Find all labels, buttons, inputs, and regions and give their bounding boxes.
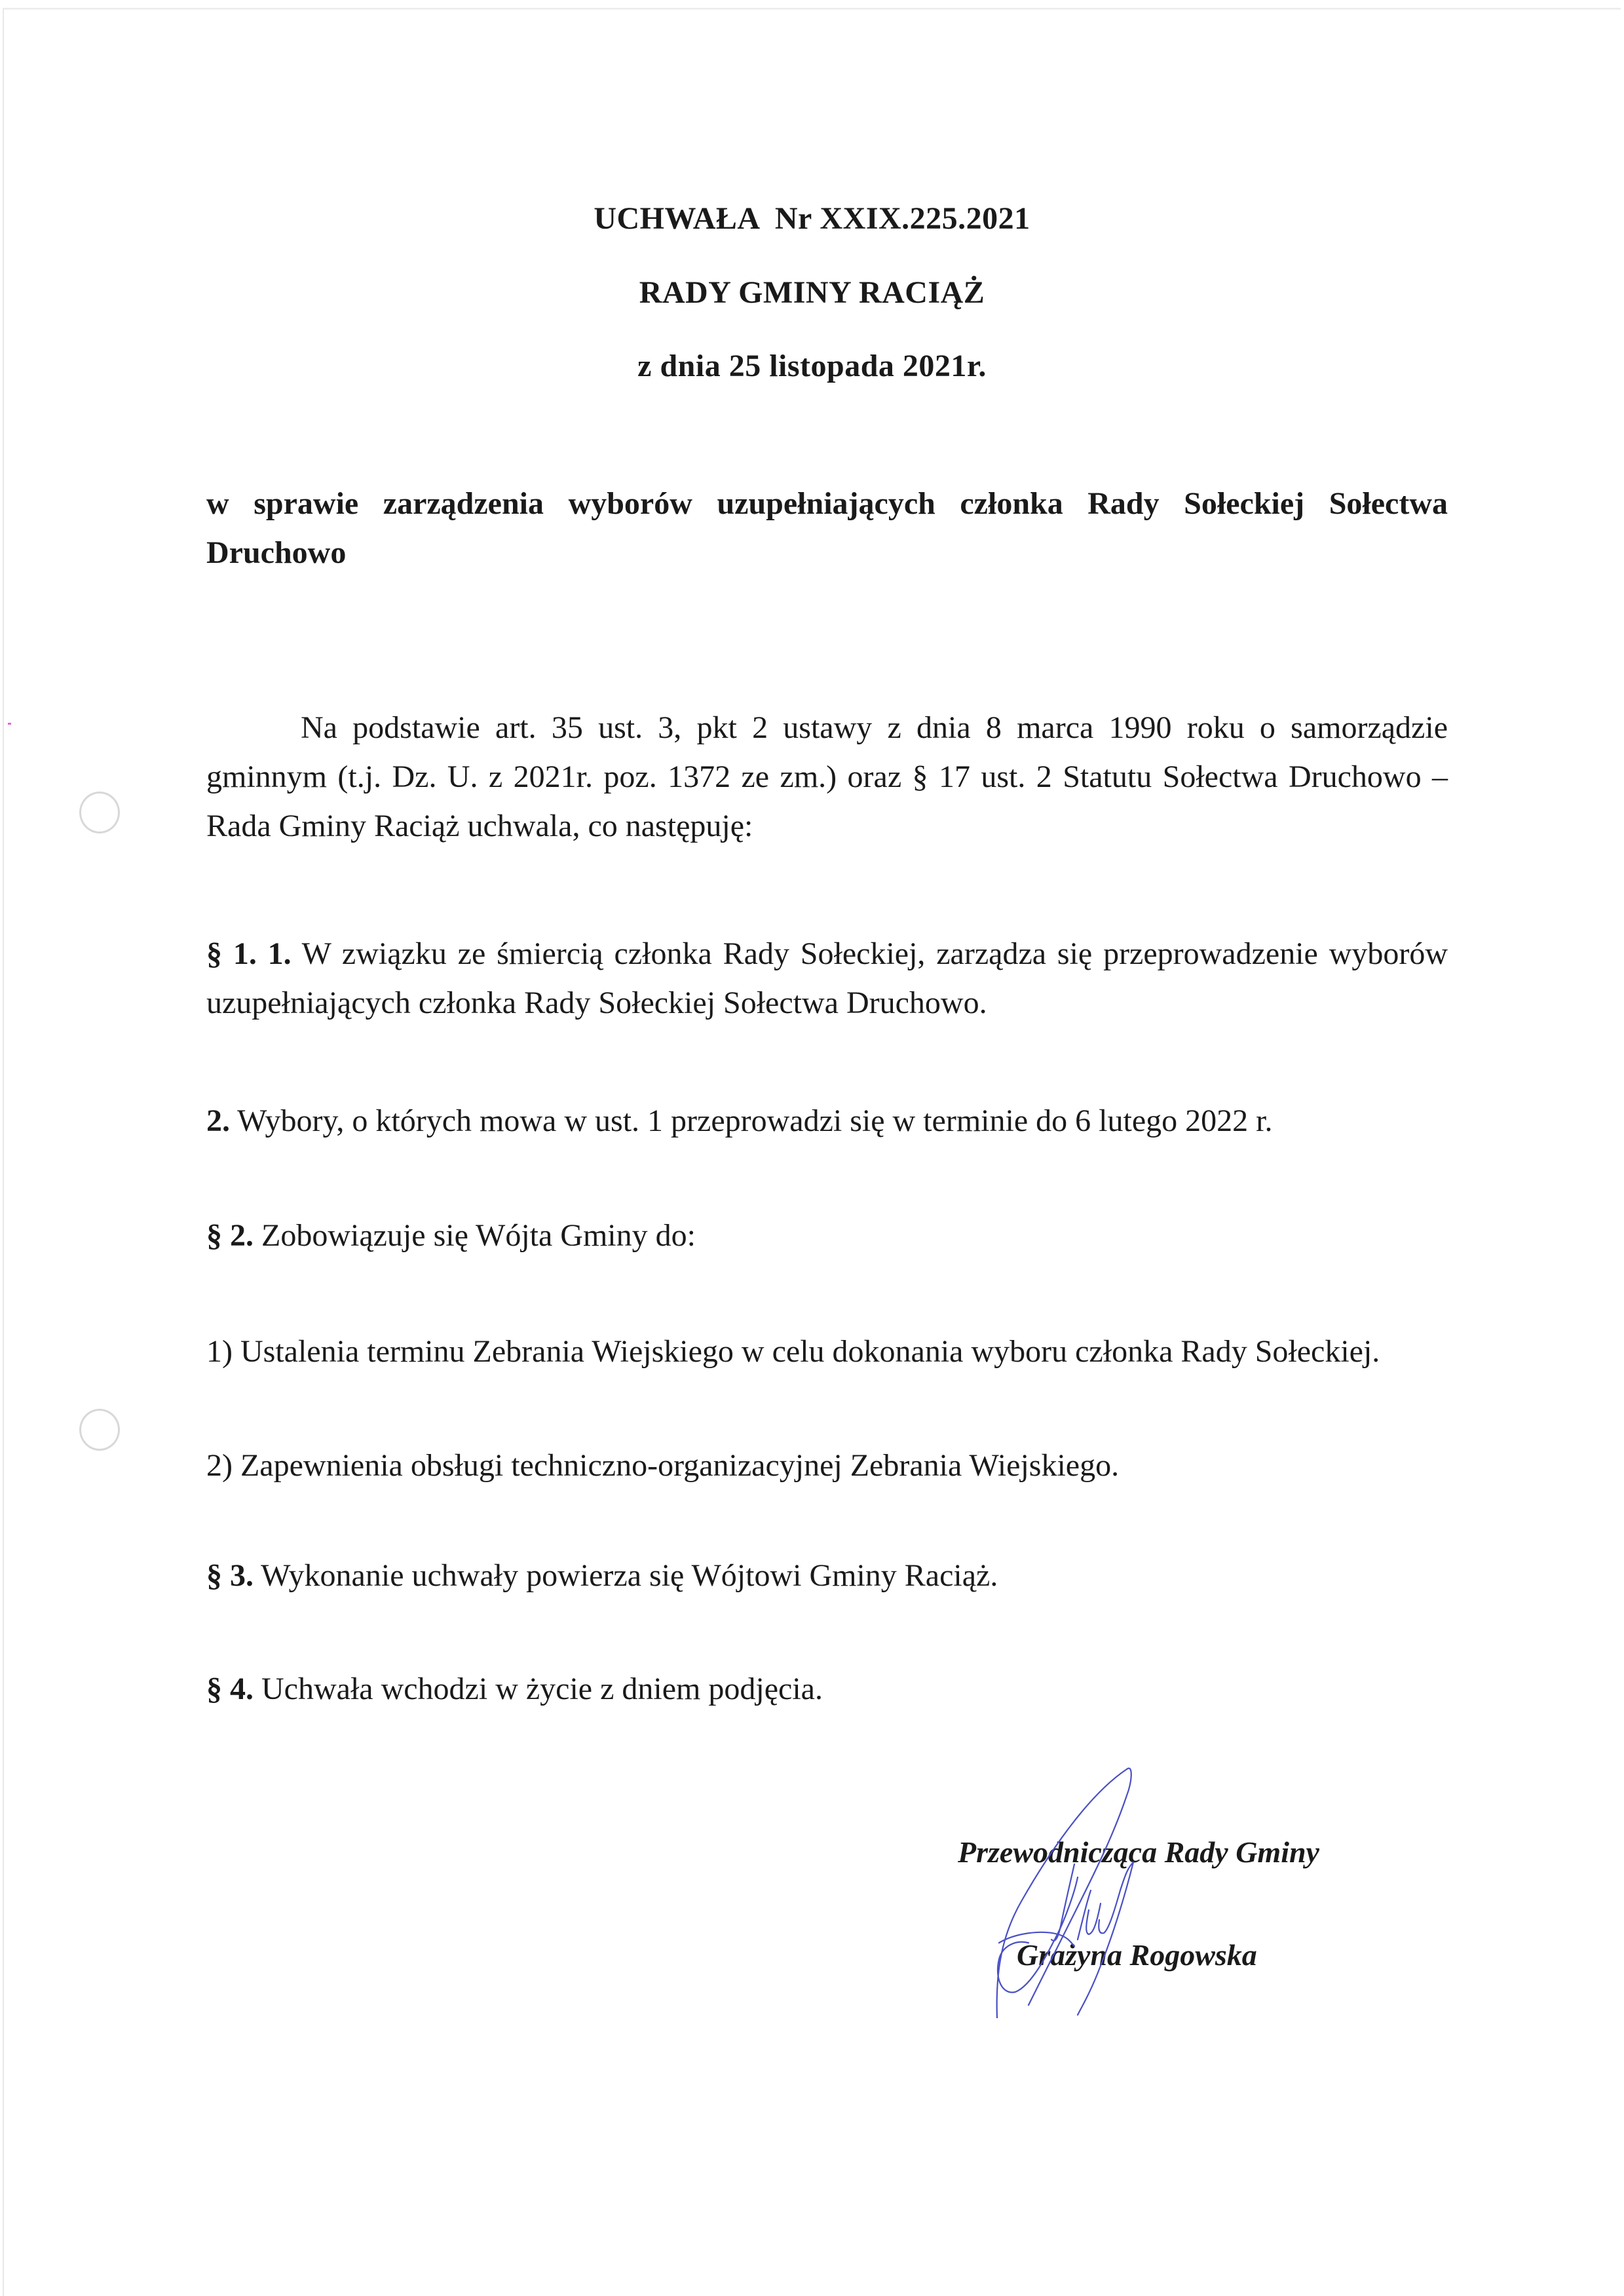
resolution-date: z dnia 25 listopada 2021r. [0,348,1624,384]
section-2-paragraph: § 2. Zobowiązuje się Wójta Gminy do: [206,1211,1448,1260]
resolution-number: UCHWAŁA Nr XXIX.225.2021 [0,201,1624,237]
legal-basis-paragraph: Na podstawie art. 35 ust. 3, pkt 2 ustaw… [206,703,1448,851]
section-text: W związku ze śmiercią członka Rady Sołec… [206,936,1448,1020]
section-text: Uchwała wchodzi w życie z dniem podjęcia… [254,1672,823,1706]
section-2-item-1: 1) Ustalenia terminu Zebrania Wiejskiego… [206,1327,1448,1376]
section-2-item-2: 2) Zapewnienia obsługi techniczno-organi… [206,1441,1448,1490]
council-name: RADY GMINY RACIĄŻ [0,275,1624,311]
signatory-title: Przewodnicząca Rady Gminy [958,1835,1319,1869]
section-marker: 2. [206,1103,230,1138]
section-marker: § 3. [206,1558,254,1593]
signature-block: Przewodnicząca Rady Gminy Grażyna Rogows… [917,1743,1408,2018]
punch-hole-mark [79,792,120,833]
section-1-paragraph-2: 2. Wybory, o których mowa w ust. 1 przep… [206,1096,1448,1145]
section-1-paragraph-1: § 1. 1. W związku ze śmiercią członka Ra… [206,929,1448,1027]
section-text: Wykonanie uchwały powierza się Wójtowi G… [254,1558,998,1593]
punch-hole-mark [79,1409,120,1451]
section-text: Wybory, o których mowa w ust. 1 przeprow… [230,1103,1272,1138]
handwritten-signature-icon [917,1743,1408,2018]
scan-artifact-mark [8,723,11,725]
section-marker: § 4. [206,1672,254,1706]
section-text: Zobowiązuje się Wójta Gminy do: [254,1218,696,1253]
section-marker: § 1. 1. [206,936,292,971]
resolution-subject: w sprawie zarządzenia wyborów uzupełniaj… [206,479,1448,577]
section-4-paragraph: § 4. Uchwała wchodzi w życie z dniem pod… [206,1664,1448,1713]
scan-edge-top [3,8,1621,10]
section-3-paragraph: § 3. Wykonanie uchwały powierza się Wójt… [206,1551,1448,1600]
signatory-name: Grażyna Rogowska [1017,1938,1257,1972]
section-marker: § 2. [206,1218,254,1253]
